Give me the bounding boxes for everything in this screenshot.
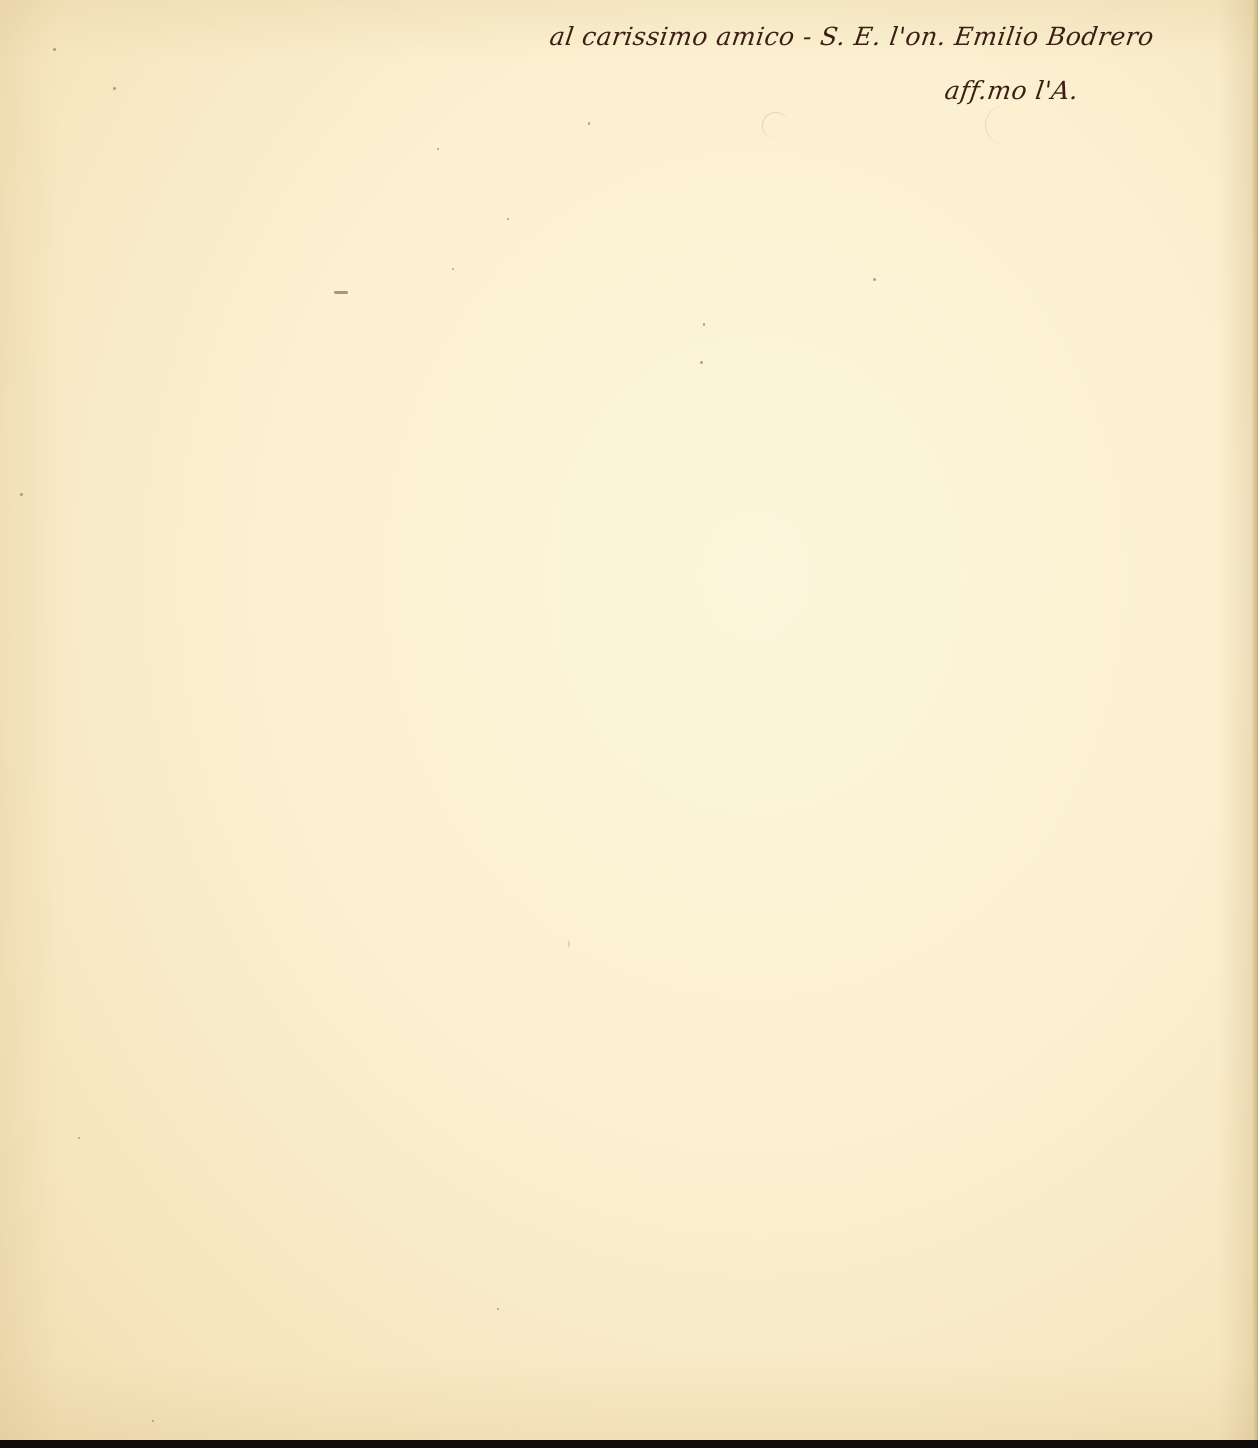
paper-page: al carissimo amico - S. E. l'on. Emilio … [0, 0, 1258, 1440]
paper-speck [53, 48, 56, 51]
paper-speck [20, 493, 23, 496]
paper-speck [700, 361, 703, 364]
handwritten-dedication-line: al carissimo amico - S. E. l'on. Emilio … [548, 22, 1156, 51]
page-right-edge [1252, 0, 1258, 1440]
paper-speck [703, 323, 705, 326]
handwritten-signature-line: aff.mo l'A. [943, 76, 1081, 105]
paper-speck [334, 291, 348, 294]
paper-blemish [985, 105, 1026, 145]
paper-speck [78, 1137, 80, 1139]
paper-speck [437, 148, 439, 150]
scan-bottom-border [0, 1440, 1258, 1448]
paper-speck [452, 268, 454, 270]
paper-speck [588, 122, 590, 125]
paper-speck [507, 218, 509, 220]
paper-speck [873, 278, 876, 281]
paper-speck [568, 940, 570, 948]
paper-speck [152, 1420, 154, 1422]
paper-speck [497, 1308, 499, 1310]
paper-blemish [762, 112, 789, 139]
paper-speck [113, 87, 116, 90]
